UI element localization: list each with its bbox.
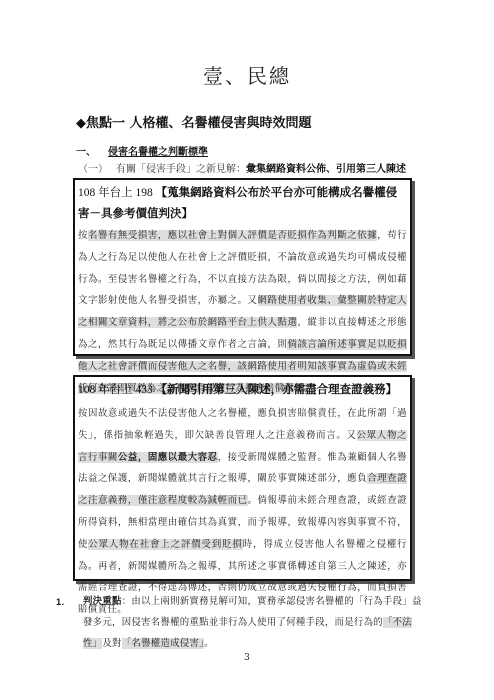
point-text: 判決重點：由以上兩則新實務見解可知，實務承認侵害名譽權的「行為手段」益發多元，因… (83, 591, 426, 654)
section-label: 侵害名譽權之判斷標準 (108, 147, 208, 158)
point-number: 1. (56, 591, 64, 612)
case-box-433: 108 年台上 433 【新聞引用第三人陳述，亦需盡合理查證義務】 按因故意或過… (73, 375, 412, 581)
point-item: 1. 判決重點：由以上兩則新實務見解可知，實務承認侵害名譽權的「行為手段」益發多… (56, 591, 426, 654)
highlighted-text: 「名譽權造成侵害」 (122, 638, 204, 649)
highlighted-text: 公益，固應以最大容忍 (118, 452, 218, 463)
diamond-bullet-icon: ◆ (76, 116, 86, 131)
case-heading: 108 年台上 198 【蒐集網路資料公布於平台亦可能構成名譽權侵害－具參考價值… (78, 183, 407, 225)
body-text: 按 (78, 230, 88, 241)
body-text: 。 (204, 638, 214, 649)
focus-heading: ◆焦點一 人格權、名譽權侵害與時效問題 (76, 112, 312, 131)
subsection-number: （一） (78, 160, 116, 175)
case-body: 按名譽有無受損害，應以社會上對個人評價是否貶損作為判斷之依據，苟行為人之行為足以… (78, 225, 407, 399)
subsection-heading: （一）有關「侵害手段」之新見解：彙集網路資料公佈、引用第三人陳述 (78, 160, 406, 175)
case-body: 按因故意或過失不法侵害他人之名譽權，應負損害賠償責任，在此所謂「過失」，係指抽象… (78, 403, 407, 621)
case-citation: 108 年台上 198 (78, 187, 153, 199)
case-title: 【新聞引用第三人陳述，亦需盡合理查證義務】 (156, 384, 398, 396)
page-number: 3 (0, 653, 494, 663)
focus-label: 焦點一 人格權、名譽權侵害與時效問題 (86, 116, 312, 131)
body-text: ：由以上兩則新實務見解可知，實務承認侵害名譽權的「行為手段」益發多元，因侵害名譽… (83, 596, 422, 628)
page-title: 壹、民總 (0, 60, 494, 89)
point-label: 判決重點 (83, 596, 122, 607)
case-heading: 108 年台上 433 【新聞引用第三人陳述，亦需盡合理查證義務】 (78, 380, 407, 401)
case-box-198: 108 年台上 198 【蒐集網路資料公布於平台亦可能構成名譽權侵害－具參考價值… (73, 178, 412, 356)
section-heading: 一、侵害名譽權之判斷標準 (76, 143, 208, 158)
subsection-text: 有關「侵害手段」之新見解： (116, 164, 246, 175)
highlighted-text: 名譽有無受損害，應以社會上對個人評價是否貶損作為判斷之依據 (88, 230, 377, 241)
case-citation: 108 年台上 433 (78, 384, 153, 396)
section-number: 一、 (76, 143, 108, 158)
body-text: 及對 (102, 638, 121, 649)
subsection-bold-text: 彙集網路資料公佈、引用第三人陳述 (246, 164, 406, 175)
highlighted-text: 公眾人物在社會上之評價受到貶損 (88, 539, 242, 550)
